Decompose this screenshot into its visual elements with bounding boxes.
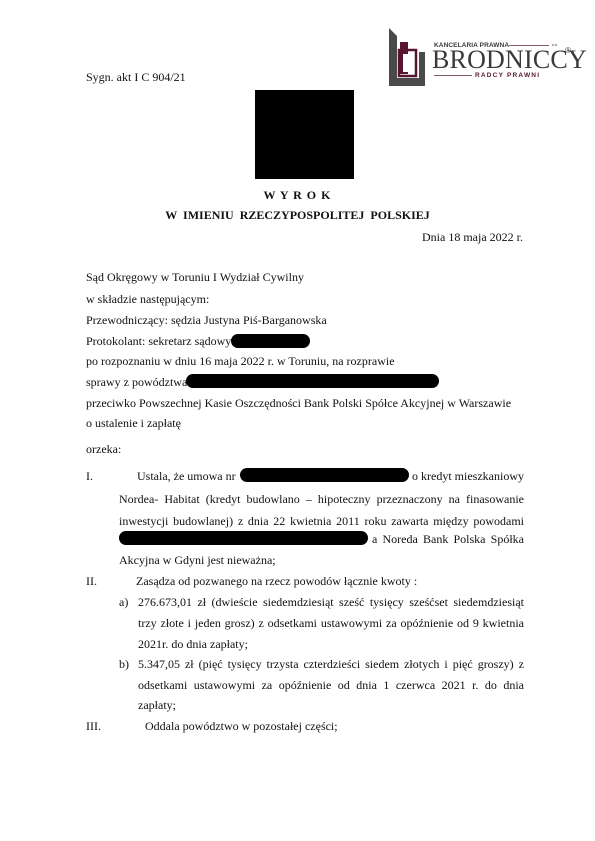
ruling-1-line-3: inwestycji budowlanej) z dnia 22 kwietni…: [119, 514, 524, 528]
subitem-b-line-1: 5.347,05 zł (pięć tysięcy trzysta czterd…: [138, 657, 524, 671]
law-firm-logo: KANCELARIA PRAWNA s.k. BRODNICCY ® RADCY…: [389, 28, 579, 90]
redacted-clerk-name: [231, 334, 310, 348]
presiding-judge: Przewodniczący: sędzia Justyna Piś-Barga…: [86, 313, 327, 327]
subitem-b-line-2: odsetkami ustawowymi za opóźnienie od dn…: [138, 678, 524, 692]
ruling-label: orzeka:: [86, 442, 121, 456]
subitem-a-line-1: 276.673,01 zł (dwieście siedemdziesiąt s…: [138, 595, 524, 609]
redacted-contract-number: [240, 468, 409, 482]
ruling-1-text-start: Ustala, że umowa nr: [137, 469, 236, 483]
logo-rule-bottom: [434, 75, 472, 76]
plaintiff-label: sprawy z powództwa: [86, 375, 187, 389]
ruling-2-text: Zasądza od pozwanego na rzecz powodów łą…: [136, 574, 417, 588]
ruling-numeral-2: II.: [86, 574, 97, 588]
court-name: Sąd Okręgowy w Toruniu I Wydział Cywilny: [86, 270, 304, 284]
subitem-b-line-3: zapłaty;: [138, 698, 176, 712]
case-number: Sygn. akt I C 904/21: [86, 70, 186, 84]
clerk-label: Protokolant: sekretarz sądowy: [86, 334, 231, 348]
subitem-letter-b: b): [119, 657, 129, 671]
redacted-plaintiffs-names-2: [119, 531, 368, 545]
redacted-emblem: [255, 90, 354, 179]
registered-icon: ®: [565, 46, 571, 55]
subitem-letter-a: a): [119, 595, 128, 609]
ruling-1-text-end: o kredyt mieszkaniowy: [411, 469, 524, 483]
subitem-a-line-2: trzy złote i jeden grosz) z odsetkami us…: [138, 616, 524, 630]
subitem-a-line-3: 2021r. do dnia zapłaty;: [138, 637, 248, 651]
ruling-1-line-4: a Noreda Bank Polska Spółka: [372, 532, 524, 546]
ruling-numeral-1: I.: [86, 469, 93, 483]
composition-label: w składzie następującym:: [86, 292, 209, 306]
logo-name: BRODNICCY: [432, 47, 587, 73]
logo-line-bottom: RADCY PRAWNI: [475, 72, 540, 79]
case-subject: o ustalenie i zapłatę: [86, 416, 181, 430]
defendant: przeciwko Powszechnej Kasie Oszczędności…: [86, 396, 511, 410]
ruling-1-line-2: Nordea- Habitat (kredyt budowlano – hipo…: [119, 492, 524, 506]
ruling-numeral-3: III.: [86, 719, 101, 733]
hearing-info: po rozpoznaniu w dniu 16 maja 2022 r. w …: [86, 354, 395, 368]
document-title: W Y R O K: [0, 188, 595, 203]
ruling-3-text: Oddala powództwo w pozostałej części;: [145, 719, 338, 733]
document-subtitle: W IMIENIU RZECZYPOSPOLITEJ POLSKIEJ: [0, 208, 595, 223]
redacted-plaintiff-names: [186, 374, 439, 388]
ruling-1-line-5: Akcyjna w Gdyni jest nieważna;: [119, 553, 276, 567]
judgment-date: Dnia 18 maja 2022 r.: [422, 230, 523, 245]
law-firm-logo-mark-icon: [389, 28, 425, 86]
